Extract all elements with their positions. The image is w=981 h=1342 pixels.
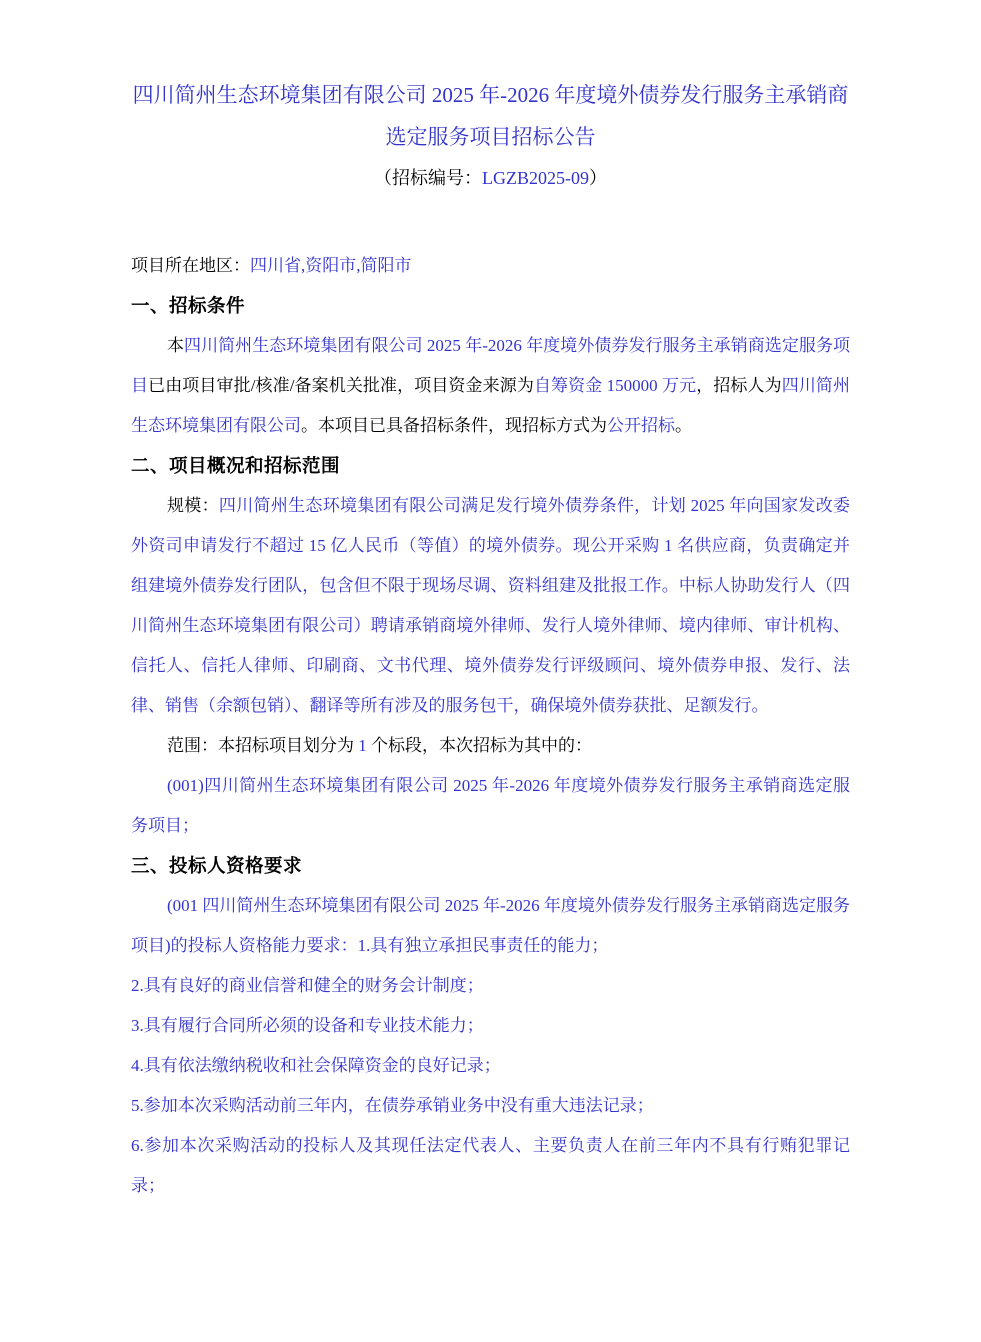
text-run: 本	[167, 336, 184, 355]
text-run: 规模：	[167, 496, 219, 515]
text-run: 选定服务项目招标公告	[386, 125, 596, 149]
qualification-item-6: 6.参加本次采购活动的投标人及其现任法定代表人、主要负责人在前三年内不具有行贿犯…	[131, 1126, 850, 1206]
qualification-intro-paragraph: (001 四川简州生态环境集团有限公司 2025 年-2026 年度境外债券发行…	[131, 886, 850, 966]
scope-paragraph: 范围：本招标项目划分为 1 个标段，本次招标为其中的：	[131, 726, 850, 766]
section-3-heading: 三、投标人资格要求	[131, 846, 850, 886]
qualification-item-5: 5.参加本次采购活动前三年内，在债券承销业务中没有重大违法记录；	[131, 1086, 850, 1126]
text-run: 5.参加本次采购活动前三年内，在债券承销业务中没有重大违法记录；	[131, 1096, 654, 1115]
document-page: 四川简州生态环境集团有限公司 2025 年-2026 年度境外债券发行服务主承销…	[0, 0, 981, 1342]
scale-paragraph: 规模：四川简州生态环境集团有限公司满足发行境外债券条件，计划 2025 年向国家…	[131, 486, 850, 726]
text-run: (001)四川简州生态环境集团有限公司 2025 年-2026 年度境外债券发行…	[131, 776, 850, 835]
text-run: ，招标人为	[696, 376, 782, 395]
text-run: 个标段，本次招标为其中的：	[367, 736, 592, 755]
text-run: (001 四川简州生态环境集团有限公司 2025 年-2026 年度境外债券发行…	[131, 896, 850, 955]
text-run: 四川简州生态环境集团有限公司满足发行境外债券条件，计划 2025 年向国家发改委…	[131, 496, 850, 715]
doc-title-line-2: 选定服务项目招标公告	[131, 116, 850, 158]
text-run: LGZB2025-09	[482, 168, 589, 188]
lot-001-paragraph: (001)四川简州生态环境集团有限公司 2025 年-2026 年度境外债券发行…	[131, 766, 850, 846]
text-run: 。本项目已具备招标条件，现招标方式为	[301, 416, 607, 435]
section-2-heading: 二、项目概况和招标范围	[131, 446, 850, 486]
text-run: 二、项目概况和招标范围	[131, 455, 340, 476]
tender-number-line: （招标编号：LGZB2025-09）	[131, 158, 850, 198]
text-run: 公开招标	[607, 416, 675, 435]
text-run: 三、投标人资格要求	[131, 855, 302, 876]
text-run: 6.参加本次采购活动的投标人及其现任法定代表人、主要负责人在前三年内不具有行贿犯…	[131, 1136, 850, 1195]
section-1-paragraph: 本四川简州生态环境集团有限公司 2025 年-2026 年度境外债券发行服务主承…	[131, 326, 850, 446]
text-run: 一、招标条件	[131, 295, 245, 316]
text-run: 3.具有履行合同所必须的设备和专业技术能力；	[131, 1016, 484, 1035]
doc-title-line-1: 四川简州生态环境集团有限公司 2025 年-2026 年度境外债券发行服务主承销…	[131, 74, 850, 116]
text-run: 4.具有依法缴纳税收和社会保障资金的良好记录；	[131, 1056, 501, 1075]
text-run: 已由项目审批/核准/备案机关批准，项目资金来源为	[148, 376, 534, 395]
document-content: 四川简州生态环境集团有限公司 2025 年-2026 年度境外债券发行服务主承销…	[131, 74, 850, 1206]
text-run: 项目所在地区：	[131, 256, 250, 275]
text-run: 1	[358, 736, 367, 755]
text-run: 。	[675, 416, 692, 435]
text-run: 四川简州生态环境集团有限公司 2025 年-2026 年度境外债券发行服务主承销…	[133, 83, 849, 107]
section-1-heading: 一、招标条件	[131, 286, 850, 326]
project-location-line: 项目所在地区：四川省,资阳市,简阳市	[131, 246, 850, 286]
text-run: 范围：本招标项目划分为	[167, 736, 358, 755]
qualification-item-4: 4.具有依法缴纳税收和社会保障资金的良好记录；	[131, 1046, 850, 1086]
text-run: 四川省,资阳市,简阳市	[250, 256, 412, 275]
text-run: （招标编号：	[374, 168, 482, 188]
qualification-item-3: 3.具有履行合同所必须的设备和专业技术能力；	[131, 1006, 850, 1046]
qualification-item-2: 2.具有良好的商业信誉和健全的财务会计制度；	[131, 966, 850, 1006]
text-run: 自筹资金 150000 万元	[534, 376, 696, 395]
text-run: ）	[589, 168, 607, 188]
text-run: 2.具有良好的商业信誉和健全的财务会计制度；	[131, 976, 484, 995]
